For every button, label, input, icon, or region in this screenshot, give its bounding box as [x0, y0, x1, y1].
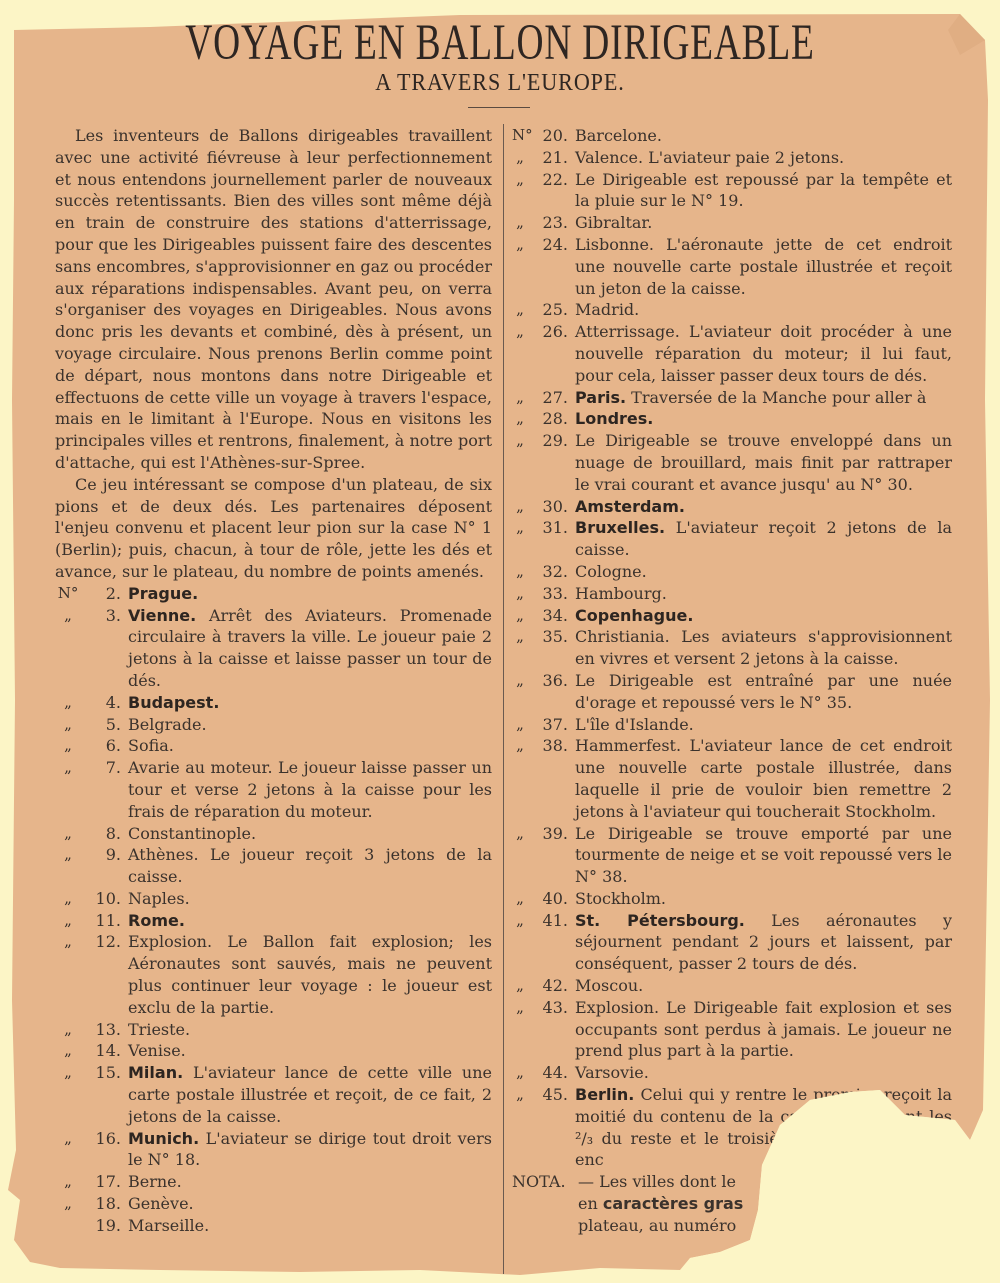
entry-prefix: „ [512, 299, 528, 321]
entry-prefix: „ [55, 931, 81, 953]
nota-line-2-prefix: en [578, 1194, 598, 1213]
entry-city: Avarie au moteur. [128, 758, 273, 777]
entry-prefix: „ [512, 561, 528, 583]
game-square-entry: „45.Berlin. Celui qui y rentre le premie… [512, 1084, 952, 1171]
entry-number: 18. [81, 1193, 128, 1215]
entry-body: St. Pétersbourg. Les aéronautes y séjour… [575, 910, 952, 975]
entry-city: Amsterdam. [575, 497, 685, 516]
game-square-entry: „32.Cologne. [512, 561, 952, 583]
entry-body: Bruxelles. L'aviateur reçoit 2 jetons de… [575, 517, 952, 561]
entry-number: 27. [528, 387, 575, 409]
game-square-entry: „24.Lisbonne. L'aéronaute jette de cet e… [512, 234, 952, 299]
entry-body: Moscou. [575, 975, 952, 997]
entry-number: 31. [528, 517, 575, 539]
entry-number: 40. [528, 888, 575, 910]
entry-description: Traversée de la Manche pour aller à [631, 388, 926, 407]
game-square-entry: „39.Le Dirigeable se trouve emporté par … [512, 823, 952, 888]
entry-city: Venise. [128, 1041, 186, 1060]
entry-city: Valence. [575, 148, 643, 167]
entry-body: Londres. [575, 408, 952, 430]
entry-city: Genève. [128, 1194, 194, 1213]
entry-number: 17. [81, 1171, 128, 1193]
entry-number: 12. [81, 931, 128, 953]
entry-prefix: „ [512, 735, 528, 757]
entry-body: Avarie au moteur. Le joueur laisse passe… [128, 757, 492, 822]
entry-number: 33. [528, 583, 575, 605]
entry-body: Barcelone. [575, 125, 952, 147]
entry-city: Berlin. [575, 1085, 634, 1104]
entry-prefix: „ [55, 888, 81, 910]
nota-line-1: — Les villes dont le [578, 1172, 736, 1191]
game-square-entry: „11.Rome. [55, 910, 492, 932]
left-column: Les inventeurs de Ballons dirigeables tr… [55, 125, 492, 1237]
entry-number: 45. [528, 1084, 575, 1106]
entry-city: Explosion. [128, 932, 212, 951]
entry-city: Le Dirigeable est entraîné par une nuée … [575, 671, 952, 712]
game-square-entry: „23.Gibraltar. [512, 212, 952, 234]
entry-city: Hammerfest. [575, 736, 681, 755]
game-square-entry: „27.Paris. Traversée de la Manche pour a… [512, 387, 952, 409]
entry-city: Varsovie. [575, 1063, 649, 1082]
entry-body: Christiania. Les aviateurs s'approvision… [575, 626, 952, 670]
entry-number: 43. [528, 997, 575, 1019]
entry-city: Cologne. [575, 562, 647, 581]
column-divider [503, 124, 504, 1274]
entry-city: L'île d'Islande. [575, 715, 694, 734]
entry-prefix: „ [512, 1084, 528, 1106]
entry-city: Moscou. [575, 976, 643, 995]
game-square-entry: „15.Milan. L'aviateur lance de cette vil… [55, 1062, 492, 1127]
entry-prefix: „ [512, 670, 528, 692]
entry-body: Le Dirigeable se trouve enveloppé dans u… [575, 430, 952, 495]
entry-body: Varsovie. [575, 1062, 952, 1084]
entry-number: 28. [528, 408, 575, 430]
game-square-entry: „38.Hammerfest. L'aviateur lance de cet … [512, 735, 952, 822]
entry-city: Le Dirigeable est repoussé par la tempêt… [575, 170, 952, 211]
entry-city: Budapest. [128, 693, 219, 712]
title-rule [468, 107, 530, 108]
entry-number: 35. [528, 626, 575, 648]
entry-description: L'aviateur lance de cette ville une cart… [128, 1063, 492, 1126]
entry-list-left: N°2.Prague. „3.Vienne. Arrêt des Aviateu… [55, 583, 492, 1237]
entry-prefix: „ [512, 408, 528, 430]
entry-city: Constantinople. [128, 824, 256, 843]
nota-label: NOTA. [512, 1171, 578, 1236]
entry-prefix: „ [512, 910, 528, 932]
entry-prefix: „ [55, 823, 81, 845]
entry-list-right: N°20.Barcelone. „21.Valence. L'aviateur … [512, 125, 952, 1171]
entry-city: Athènes. [128, 845, 199, 864]
intro-paragraph-1: Les inventeurs de Ballons dirigeables tr… [55, 125, 492, 474]
game-square-entry: „35.Christiania. Les aviateurs s'approvi… [512, 626, 952, 670]
entry-city: Marseille. [128, 1216, 209, 1235]
entry-body: Sofia. [128, 735, 492, 757]
entry-prefix: „ [512, 496, 528, 518]
game-square-entry: „40.Stockholm. [512, 888, 952, 910]
entry-city: Munich. [128, 1129, 199, 1148]
entry-prefix: „ [512, 212, 528, 234]
entry-city: Trieste. [128, 1020, 190, 1039]
entry-prefix: „ [55, 714, 81, 736]
entry-number: 24. [528, 234, 575, 256]
entry-city: Belgrade. [128, 715, 207, 734]
entry-prefix: „ [512, 430, 528, 452]
entry-city: Le Dirigeable se trouve emporté par une … [575, 824, 952, 887]
entry-body: Naples. [128, 888, 492, 910]
game-square-entry: „4.Budapest. [55, 692, 492, 714]
entry-city: Stockholm. [575, 889, 666, 908]
entry-number: 9. [81, 844, 128, 866]
entry-prefix: „ [55, 1019, 81, 1041]
entry-prefix: „ [512, 234, 528, 256]
entry-body: Genève. [128, 1193, 492, 1215]
game-square-entry: „26.Atterrissage. L'aviateur doit procéd… [512, 321, 952, 386]
nota-block: NOTA. — Les villes dont le en caractères… [512, 1171, 952, 1236]
entry-prefix: „ [512, 1062, 528, 1084]
entry-city: Milan. [128, 1063, 183, 1082]
entry-number: 15. [81, 1062, 128, 1084]
entry-number: 8. [81, 823, 128, 845]
entry-prefix: N° [55, 583, 81, 605]
entry-body: Valence. L'aviateur paie 2 jetons. [575, 147, 952, 169]
entry-body: Athènes. Le joueur reçoit 3 jetons de la… [128, 844, 492, 888]
entry-prefix: „ [512, 626, 528, 648]
game-square-entry: „18.Genève. [55, 1193, 492, 1215]
entry-prefix: „ [512, 583, 528, 605]
game-square-entry: „42.Moscou. [512, 975, 952, 997]
entry-body: Le Dirigeable se trouve emporté par une … [575, 823, 952, 888]
entry-body: Le Dirigeable est repoussé par la tempêt… [575, 169, 952, 213]
entry-body: Berlin. Celui qui y rentre le premier re… [575, 1084, 952, 1171]
entry-body: Hammerfest. L'aviateur lance de cet endr… [575, 735, 952, 822]
entry-body: Copenhague. [575, 605, 952, 627]
entry-body: Belgrade. [128, 714, 492, 736]
game-square-entry: „25.Madrid. [512, 299, 952, 321]
game-square-entry: „33.Hambourg. [512, 583, 952, 605]
entry-description: L'aviateur paie 2 jetons. [648, 148, 844, 167]
entry-prefix: „ [55, 844, 81, 866]
game-square-entry: „31.Bruxelles. L'aviateur reçoit 2 jeton… [512, 517, 952, 561]
entry-prefix: „ [55, 1062, 81, 1084]
entry-city: Rome. [128, 911, 185, 930]
entry-number: 13. [81, 1019, 128, 1041]
entry-prefix: „ [512, 888, 528, 910]
game-square-entry: „6.Sofia. [55, 735, 492, 757]
entry-number: 44. [528, 1062, 575, 1084]
document-subtitle: A TRAVERS L'EUROPE. [40, 70, 960, 97]
entry-prefix: „ [55, 692, 81, 714]
entry-number: 16. [81, 1128, 128, 1150]
entry-number: 38. [528, 735, 575, 757]
nota-text: — Les villes dont le en caractères gras … [578, 1171, 952, 1236]
entry-number: 23. [528, 212, 575, 234]
entry-city: Naples. [128, 889, 190, 908]
game-square-entry: „3.Vienne. Arrêt des Aviateurs. Promenad… [55, 605, 492, 692]
game-square-entry: „30.Amsterdam. [512, 496, 952, 518]
entry-body: Explosion. Le Ballon fait explosion; les… [128, 931, 492, 1018]
entry-prefix: „ [512, 997, 528, 1019]
entry-prefix: „ [512, 714, 528, 736]
game-square-entry: „10.Naples. [55, 888, 492, 910]
entry-number: 5. [81, 714, 128, 736]
entry-number: 25. [528, 299, 575, 321]
entry-number: 6. [81, 735, 128, 757]
entry-number: 21. [528, 147, 575, 169]
entry-prefix: „ [512, 823, 528, 845]
game-square-entry: „28.Londres. [512, 408, 952, 430]
game-square-entry: „29.Le Dirigeable se trouve enveloppé da… [512, 430, 952, 495]
entry-city: Prague. [128, 584, 198, 603]
entry-prefix: „ [55, 1193, 81, 1215]
entry-body: Lisbonne. L'aéronaute jette de cet endro… [575, 234, 952, 299]
game-square-entry: „9.Athènes. Le joueur reçoit 3 jetons de… [55, 844, 492, 888]
document-title: VOYAGE EN BALLON DIRIGEABLE [110, 14, 890, 72]
entry-body: Munich. L'aviateur se dirige tout droit … [128, 1128, 492, 1172]
entry-body: Gibraltar. [575, 212, 952, 234]
entry-body: Vienne. Arrêt des Aviateurs. Promenade c… [128, 605, 492, 692]
entry-city: Londres. [575, 409, 653, 428]
entry-prefix: „ [55, 910, 81, 932]
entry-body: Madrid. [575, 299, 952, 321]
entry-prefix: „ [55, 605, 81, 627]
entry-city: Gibraltar. [575, 213, 652, 232]
entry-city: Explosion. [575, 998, 659, 1017]
entry-number: 39. [528, 823, 575, 845]
entry-city: Copenhague. [575, 606, 693, 625]
entry-body: Milan. L'aviateur lance de cette ville u… [128, 1062, 492, 1127]
entry-prefix: „ [512, 517, 528, 539]
game-square-entry: „21.Valence. L'aviateur paie 2 jetons. [512, 147, 952, 169]
entry-body: Atterrissage. L'aviateur doit procéder à… [575, 321, 952, 386]
game-square-entry: „41.St. Pétersbourg. Les aéronautes y sé… [512, 910, 952, 975]
entry-number: 11. [81, 910, 128, 932]
entry-number: 14. [81, 1040, 128, 1062]
entry-body: Budapest. [128, 692, 492, 714]
game-square-entry: „5.Belgrade. [55, 714, 492, 736]
entry-prefix: „ [512, 147, 528, 169]
entry-prefix: „ [512, 975, 528, 997]
game-square-entry: „17.Berne. [55, 1171, 492, 1193]
entry-body: Paris. Traversée de la Manche pour aller… [575, 387, 952, 409]
entry-body: Prague. [128, 583, 492, 605]
entry-number: 34. [528, 605, 575, 627]
entry-prefix: „ [512, 169, 528, 191]
entry-prefix: „ [512, 387, 528, 409]
game-square-entry: „8.Constantinople. [55, 823, 492, 845]
entry-number: 37. [528, 714, 575, 736]
entry-city: Hambourg. [575, 584, 667, 603]
nota-line-3: plateau, au numéro [578, 1216, 736, 1235]
entry-number: 19. [81, 1215, 128, 1237]
right-column: N°20.Barcelone. „21.Valence. L'aviateur … [512, 125, 952, 1237]
entry-body: Venise. [128, 1040, 492, 1062]
entry-prefix: „ [55, 1128, 81, 1150]
entry-number: 36. [528, 670, 575, 692]
entry-city: Le Dirigeable se trouve enveloppé dans u… [575, 431, 952, 494]
game-square-entry: N°20.Barcelone. [512, 125, 952, 147]
entry-body: Hambourg. [575, 583, 952, 605]
entry-body: L'île d'Islande. [575, 714, 952, 736]
entry-number: 10. [81, 888, 128, 910]
game-square-entry: „12.Explosion. Le Ballon fait explosion;… [55, 931, 492, 1018]
entry-number: 7. [81, 757, 128, 779]
game-square-entry: „22.Le Dirigeable est repoussé par la te… [512, 169, 952, 213]
entry-prefix: N° [512, 125, 528, 147]
game-square-entry: „16.Munich. L'aviateur se dirige tout dr… [55, 1128, 492, 1172]
game-square-entry: „44.Varsovie. [512, 1062, 952, 1084]
entry-city: Atterrissage. [575, 322, 680, 341]
game-square-entry: „43.Explosion. Le Dirigeable fait explos… [512, 997, 952, 1062]
game-square-entry: „34.Copenhague. [512, 605, 952, 627]
entry-city: Madrid. [575, 300, 639, 319]
entry-prefix: „ [55, 757, 81, 779]
game-square-entry: „7.Avarie au moteur. Le joueur laisse pa… [55, 757, 492, 822]
entry-number: 4. [81, 692, 128, 714]
entry-city: Lisbonne. [575, 235, 654, 254]
entry-number: 2. [81, 583, 128, 605]
entry-prefix: „ [55, 1171, 81, 1193]
entry-body: Marseille. [128, 1215, 492, 1237]
entry-number: 32. [528, 561, 575, 583]
entry-number: 41. [528, 910, 575, 932]
entry-body: Amsterdam. [575, 496, 952, 518]
entry-number: 3. [81, 605, 128, 627]
game-square-entry: „14.Venise. [55, 1040, 492, 1062]
entry-body: Cologne. [575, 561, 952, 583]
entry-city: Christiania. [575, 627, 670, 646]
entry-prefix: „ [512, 321, 528, 343]
entry-prefix: „ [55, 735, 81, 757]
entry-city: Barcelone. [575, 126, 662, 145]
entry-city: Berne. [128, 1172, 182, 1191]
entry-body: Explosion. Le Dirigeable fait explosion … [575, 997, 952, 1062]
entry-number: 30. [528, 496, 575, 518]
intro-paragraph-2: Ce jeu intéressant se compose d'un plate… [55, 474, 492, 583]
game-square-entry: „13.Trieste. [55, 1019, 492, 1041]
entry-prefix: „ [512, 605, 528, 627]
entry-body: Stockholm. [575, 888, 952, 910]
entry-body: Constantinople. [128, 823, 492, 845]
game-square-entry: „37.L'île d'Islande. [512, 714, 952, 736]
entry-body: Trieste. [128, 1019, 492, 1041]
game-square-entry: 19.Marseille. [55, 1215, 492, 1237]
entry-number: 20. [528, 125, 575, 147]
entry-city: Paris. [575, 388, 626, 407]
entry-number: 22. [528, 169, 575, 191]
game-square-entry: N°2.Prague. [55, 583, 492, 605]
entry-number: 42. [528, 975, 575, 997]
entry-city: Sofia. [128, 736, 174, 755]
entry-city: Vienne. [128, 606, 196, 625]
entry-city: Bruxelles. [575, 518, 665, 537]
entry-prefix: „ [55, 1040, 81, 1062]
entry-number: 29. [528, 430, 575, 452]
entry-number: 26. [528, 321, 575, 343]
entry-city: St. Pétersbourg. [575, 911, 745, 930]
game-square-entry: „36.Le Dirigeable est entraîné par une n… [512, 670, 952, 714]
entry-body: Le Dirigeable est entraîné par une nuée … [575, 670, 952, 714]
entry-body: Rome. [128, 910, 492, 932]
entry-body: Berne. [128, 1171, 492, 1193]
nota-bold-text: caractères gras [603, 1194, 743, 1213]
